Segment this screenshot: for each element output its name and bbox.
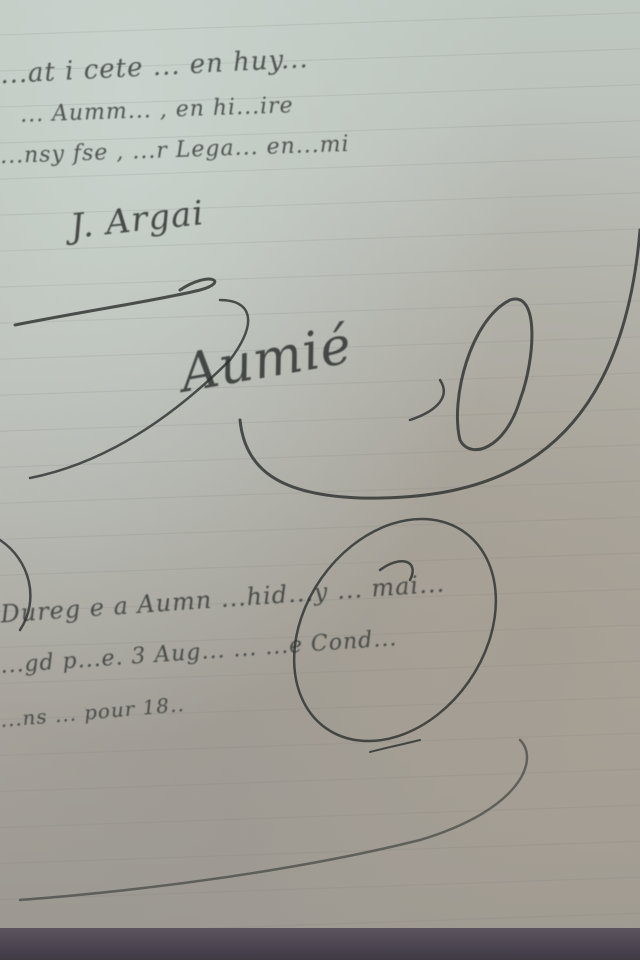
- table-surface: [0, 928, 640, 960]
- signature-flourishes: [0, 0, 640, 960]
